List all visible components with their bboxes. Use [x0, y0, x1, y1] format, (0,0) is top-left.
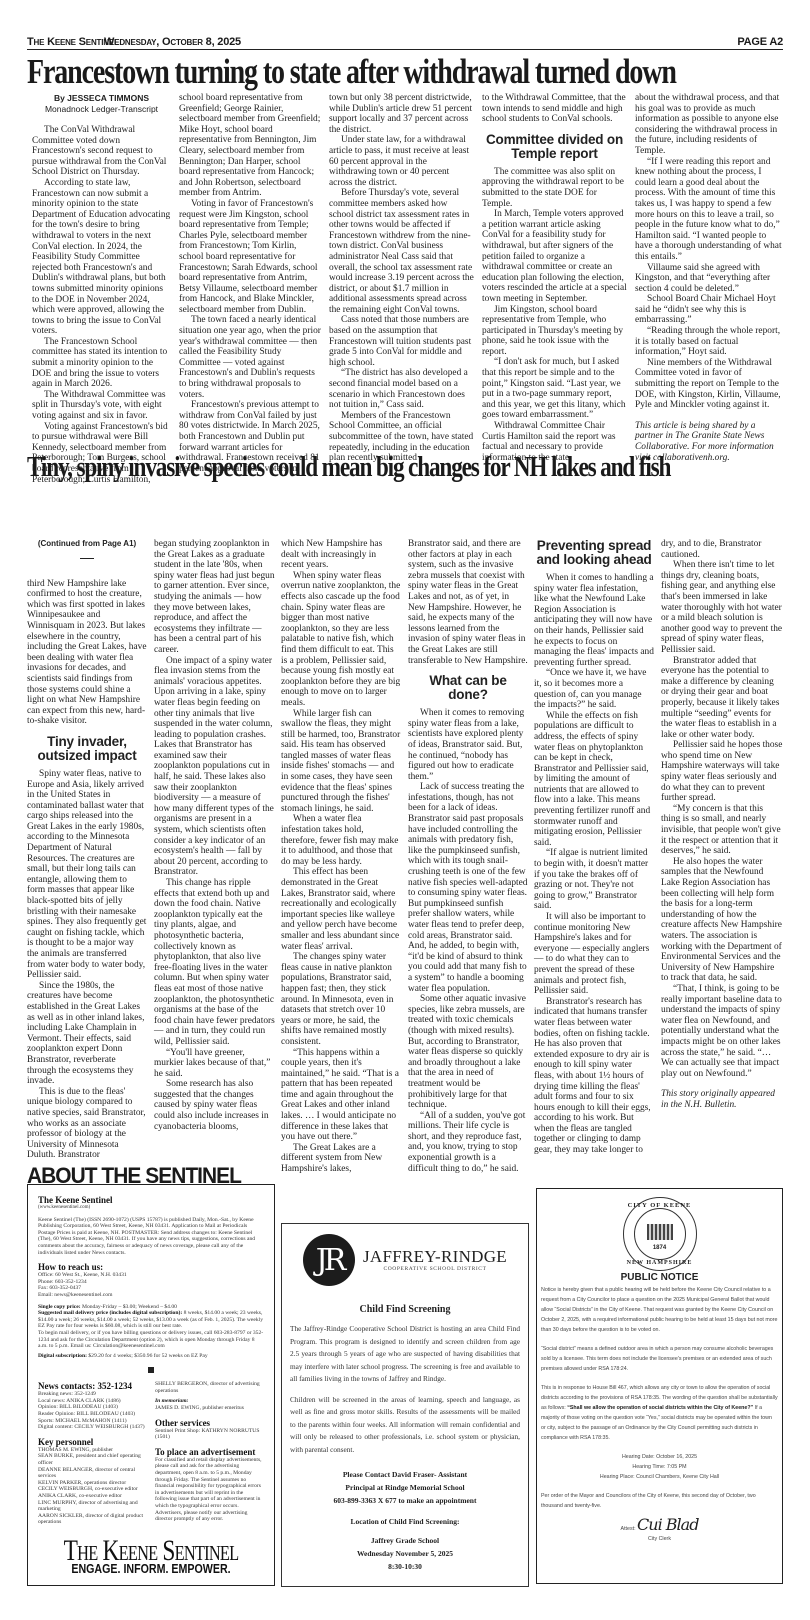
paragraph: Some research has also suggested that th…	[154, 1079, 275, 1132]
memoriam-title: In memoriam:	[155, 1398, 264, 1405]
paragraph: When a water flea infestation takes hold…	[281, 814, 401, 867]
about-statement: Keene Sentinel (The) (ISSN 2690-1072) (U…	[38, 1217, 264, 1257]
paragraph: school board representative from Greenfi…	[179, 93, 322, 199]
ballot-question: “Shall we allow the operation of social …	[567, 1405, 753, 1411]
hearing-details: Hearing Date: October 16, 2025 Hearing T…	[541, 1452, 778, 1482]
story2-headline: Tiny, spiny invasive species could mean …	[27, 452, 782, 484]
jr-header: JR JAFFREY-RINDGE COOPERATIVE SCHOOL DIS…	[290, 1234, 520, 1286]
jr-contact-line: Please Contact David Fraser- Assistant	[290, 1468, 520, 1481]
jr-location-title: Location of Child Find Screening:	[290, 1515, 520, 1528]
paragraph: He also hopes the water samples that the…	[661, 857, 783, 984]
paragraph: While the effects on fish populations ar…	[534, 711, 654, 849]
jr-location-time: 8:30-10:30	[290, 1560, 520, 1573]
story1-col5: about the withdrawal process, and that h…	[635, 93, 783, 463]
seal-top-text: CITY OF KEENE	[624, 1201, 696, 1211]
paragraph: The changes spiny water fleas cause in n…	[281, 952, 401, 1047]
personnel: SEAN BURKE, president and chief operatin…	[38, 1453, 147, 1466]
story2-col3: which New Hampshire has dealt with incre…	[281, 539, 401, 1175]
folio-bar: The Keene Sentinel Wednesday, October 8,…	[27, 34, 783, 50]
byline-name: By JESSECA TIMMONS	[32, 93, 171, 104]
clerk-signature: Cui Blad	[637, 1515, 698, 1534]
paragraph: Cass noted that those numbers are based …	[329, 315, 474, 368]
news-contacts-title: News contacts: 352-1234	[38, 1381, 147, 1391]
paragraph: “That, I think, is going to be really im…	[661, 984, 783, 1079]
news-contact: Reader Opinion: BILL BILODEAU (1403)	[38, 1411, 147, 1418]
subhead-temple-report: Committee divided on Temple report	[482, 133, 627, 161]
jr-body-2: Children will be screened in the areas o…	[290, 1394, 520, 1457]
story2-col2: began studying zooplankton in the Great …	[154, 539, 275, 1132]
jaffrey-rindge-ad: JR JAFFREY-RINDGE COOPERATIVE SCHOOL DIS…	[281, 1223, 529, 1587]
continued-from: (Continued from Page A1)	[27, 539, 147, 550]
paragraph: “If algae is nutrient limited to begin w…	[534, 848, 654, 912]
paragraph: When it comes to handling a spiny water …	[534, 573, 654, 668]
issue-date: Wednesday, October 8, 2025	[104, 36, 241, 48]
hearing-place: Hearing Place: Council Chambers, Keene C…	[541, 1472, 778, 1482]
paragraph: The Withdrawal Committee was split in Th…	[32, 390, 171, 422]
source-tagline: This story originally appeared in the N.…	[661, 1089, 783, 1110]
hearing-time: Hearing Time: 7:05 PM	[541, 1462, 778, 1472]
paragraph: Jim Kingston, school board representativ…	[482, 305, 627, 358]
paragraph: Nine members of the Withdrawal Committee…	[635, 358, 783, 411]
paragraph: When spiny water fleas overrun native zo…	[281, 571, 401, 709]
paragraph: Some other aquatic invasive species, lik…	[408, 994, 528, 1111]
paragraph: “Once we have it, we have it, so it beco…	[534, 668, 654, 710]
news-contact: Digital content: CECILY WEISBURGH (1437)	[38, 1424, 147, 1431]
news-contact: Breaking news: 352-1249	[38, 1391, 147, 1398]
story1-headline: Francestown turning to state after withd…	[27, 52, 783, 92]
story2-col1: (Continued from Page A1) third New Hamps…	[27, 539, 147, 1161]
story1-col3: town but only 38 percent districtwide, w…	[329, 93, 474, 464]
digital-label: Digital subscription:	[38, 1353, 87, 1359]
paragraph: town but only 38 percent districtwide, w…	[329, 93, 474, 135]
paragraph: When it comes to removing spiny water fl…	[408, 708, 528, 782]
paragraph: The Francestown School committee has sta…	[32, 337, 171, 390]
jr-org-name: JAFFREY-RINDGE	[363, 1248, 507, 1266]
paragraph: “All of a sudden, you've got millions. T…	[408, 1111, 528, 1175]
jr-location-place: Jaffrey Grade School	[290, 1534, 520, 1547]
personnel: AARON SICKLER, director of digital produ…	[38, 1513, 147, 1526]
paragraph: This is due to the fleas' unique biology…	[27, 1087, 147, 1161]
story1-col2: school board representative from Greenfi…	[179, 93, 322, 474]
seal-building-icon	[647, 1224, 673, 1240]
divider	[80, 558, 94, 559]
mail-price-label: Suggested mail delivery price (includes …	[38, 1310, 182, 1316]
personnel: SHELLY BERGERON, director of advertising…	[155, 1381, 264, 1394]
about-url: (www.keenesentinel.com)	[38, 1205, 264, 1212]
subhead-tiny-invader: Tiny invader, outsized impact	[27, 735, 147, 763]
story1-col1: By JESSECA TIMMONS Monadnock Ledger-Tran…	[32, 93, 171, 485]
paragraph: Voting in favor of Francestown's request…	[179, 199, 322, 316]
notice-order: Per order of the Mayor and Councilors of…	[541, 1491, 778, 1511]
paragraph: “I don't ask for much, but I asked that …	[482, 357, 627, 421]
place-ad-title: To place an advertisement	[155, 1447, 264, 1457]
paragraph: This change has ripple effects that exte…	[154, 878, 275, 1048]
other-services-title: Other services	[155, 1418, 264, 1428]
story2-col5: Preventing spread and looking ahead When…	[534, 539, 654, 1156]
notice-paragraph: “Social district” means a defined outdoo…	[541, 1344, 778, 1374]
story2-col6: dry, and to die, Branstrator cautioned. …	[661, 539, 783, 1110]
key-personnel-title: Key personnel	[38, 1437, 147, 1447]
notice-paragraph: Notice is hereby given that a public hea…	[541, 1285, 778, 1335]
attest-label: Attest:	[621, 1526, 636, 1532]
memoriam: JAMES D. EWING, publisher emeritus	[155, 1405, 264, 1412]
personnel: LINC MURPHY, director of advertising and…	[38, 1500, 147, 1513]
story1-col4: to the Withdrawal Committee, that the to…	[482, 93, 627, 463]
subhead-preventing-spread: Preventing spread and looking ahead	[534, 539, 654, 567]
paragraph: It will also be important to continue mo…	[534, 912, 654, 997]
paragraph: This effect has been demonstrated in the…	[281, 867, 401, 952]
paragraph: Pellissier said he hopes those who spend…	[661, 740, 783, 804]
city-seal-icon: CITY OF KEENE 1874 NEW HAMPSHIRE	[623, 1197, 697, 1271]
jr-location: Jaffrey Grade School Wednesday November …	[290, 1534, 520, 1573]
paragraph: Branstrator's research has indicated tha…	[534, 997, 654, 1156]
contacts-left: News contacts: 352-1234 Breaking news: 3…	[38, 1381, 147, 1526]
paragraph: Since the 1980s, the creatures have beco…	[27, 981, 147, 1087]
paragraph: Branstrator added that everyone has the …	[661, 656, 783, 741]
paragraph: “Reading through the whole report, it is…	[635, 326, 783, 358]
single-copy-label: Single copy price:	[38, 1304, 81, 1310]
about-sentinel-box: The Keene Sentinel (www.keenesentinel.co…	[27, 1184, 275, 1586]
paragraph: third New Hampshire lake confirmed to ho…	[27, 579, 147, 727]
jr-body-1: The Jaffrey-Rindge Cooperative School Di…	[290, 1323, 520, 1386]
jr-org-sub: COOPERATIVE SCHOOL DISTRICT	[363, 1266, 507, 1272]
notice-paragraph: This is in response to House Bill 467, w…	[541, 1383, 778, 1443]
subhead-what-can-be-done: What can be done?	[408, 674, 528, 702]
paragraph: “The district has also developed a secon…	[329, 368, 474, 410]
paragraph: One impact of a spiny water flea invasio…	[154, 656, 275, 878]
jr-logo-icon: JR	[303, 1234, 355, 1286]
jr-contact: Please Contact David Fraser- Assistant P…	[290, 1468, 520, 1507]
paragraph: “You'll have greener, murkier lakes beca…	[154, 1048, 275, 1080]
paragraph: While larger fish can swallow the fleas,…	[281, 709, 401, 815]
public-notice-box: CITY OF KEENE 1874 NEW HAMPSHIRE PUBLIC …	[536, 1188, 783, 1584]
sentinel-slogan: ENGAGE. INFORM. EMPOWER.	[58, 1566, 243, 1573]
paragraph: The committee was also split on approvin…	[482, 167, 627, 209]
paragraph: Spiny water fleas, native to Europe and …	[27, 769, 147, 981]
single-copy-value: Monday-Friday – $3.00; Weekend – $4.00	[82, 1304, 177, 1310]
separator-square	[148, 1367, 154, 1373]
contacts-columns: News contacts: 352-1234 Breaking news: 3…	[38, 1381, 264, 1526]
paragraph: about the withdrawal process, and that h…	[635, 93, 783, 157]
reach-office: Office: 60 West St., Keene, N.H. 03431	[38, 1272, 264, 1279]
paragraph: which New Hampshire has dealt with incre…	[281, 539, 401, 571]
paragraph: School Board Chair Michael Hoyt said he …	[635, 294, 783, 326]
story2-col4: Branstrator said, and there are other fa…	[408, 539, 528, 1174]
contacts-right: SHELLY BERGERON, director of advertising…	[155, 1381, 264, 1526]
mail-note: To begin mail delivery, or if you have b…	[38, 1330, 264, 1350]
jr-contact-line: Principal at Rindge Memorial School	[290, 1481, 520, 1494]
paragraph: began studying zooplankton in the Great …	[154, 539, 275, 656]
page-number: PAGE A2	[737, 36, 783, 48]
personnel: CECILY WEISBURGH, co-executive editor	[38, 1486, 147, 1493]
paragraph: to the Withdrawal Committee, that the to…	[482, 93, 627, 125]
byline-org: Monadnock Ledger-Transcript	[32, 104, 171, 115]
reach-title: How to reach us:	[38, 1262, 264, 1272]
paragraph: The Great Lakes are a different system f…	[281, 1143, 401, 1175]
paragraph: “This happens within a couple years, the…	[281, 1048, 401, 1143]
reach-phone: Phone: 603-352-1234	[38, 1279, 264, 1286]
seal-year: 1874	[653, 1243, 666, 1253]
byline: By JESSECA TIMMONS Monadnock Ledger-Tran…	[32, 93, 171, 115]
jr-contact-phone: 603-899-3363 X 677 to make an appointmen…	[290, 1494, 520, 1507]
attestation: Attest: Cui Blad City Clerk	[541, 1520, 778, 1544]
seal-center: 1874	[634, 1208, 686, 1260]
reach-fax: Fax: 603-352-0437	[38, 1285, 264, 1292]
paragraph: “My concern is that this thing is so sma…	[661, 804, 783, 857]
digital-value: $29.20 for 4 weeks; $350.96 for 52 weeks…	[88, 1353, 207, 1359]
reach-email: Email: news@keenesentinel.com	[38, 1292, 264, 1299]
paragraph: dry, and to die, Branstrator cautioned.	[661, 539, 783, 560]
paragraph: Before Thursday's vote, several committe…	[329, 188, 474, 315]
paragraph: Lack of success treating the infestation…	[408, 782, 528, 994]
paragraph: The town faced a nearly identical situat…	[179, 315, 322, 400]
clerk-title: City Clerk	[541, 1534, 778, 1544]
other-services: Sentinel Print Shop: KATHRYN NORRUTUS (1…	[155, 1428, 264, 1441]
personnel: DEANNE BELANGER, director of central ser…	[38, 1467, 147, 1480]
paragraph: The ConVal Withdrawal Committee voted do…	[32, 125, 171, 178]
paragraph: Under state law, for a withdrawal articl…	[329, 135, 474, 188]
place-ad-text: For classified and retail display advert…	[155, 1457, 264, 1523]
jr-location-date: Wednesday November 5, 2025	[290, 1547, 520, 1560]
paragraph: Branstrator said, and there are other fa…	[408, 539, 528, 666]
hearing-date: Hearing Date: October 16, 2025	[541, 1452, 778, 1462]
paragraph: “If I were reading this report and knew …	[635, 157, 783, 263]
jr-title: Child Find Screening	[290, 1304, 520, 1315]
public-notice-title: PUBLIC NOTICE	[541, 1273, 778, 1283]
personnel: ANIKA CLARK, co-executive editor	[38, 1493, 147, 1500]
personnel: KELVIN PARKER, operations director	[38, 1480, 147, 1487]
paragraph: Villaume said she agreed with Kingston, …	[635, 263, 783, 295]
about-paper-name: The Keene Sentinel	[38, 1195, 264, 1205]
paragraph: In March, Temple voters approved a petit…	[482, 209, 627, 304]
paragraph: When there isn't time to let things dry,…	[661, 560, 783, 655]
paragraph: According to state law, Francestown can …	[32, 178, 171, 337]
seal-bottom-text: NEW HAMPSHIRE	[624, 1258, 696, 1268]
